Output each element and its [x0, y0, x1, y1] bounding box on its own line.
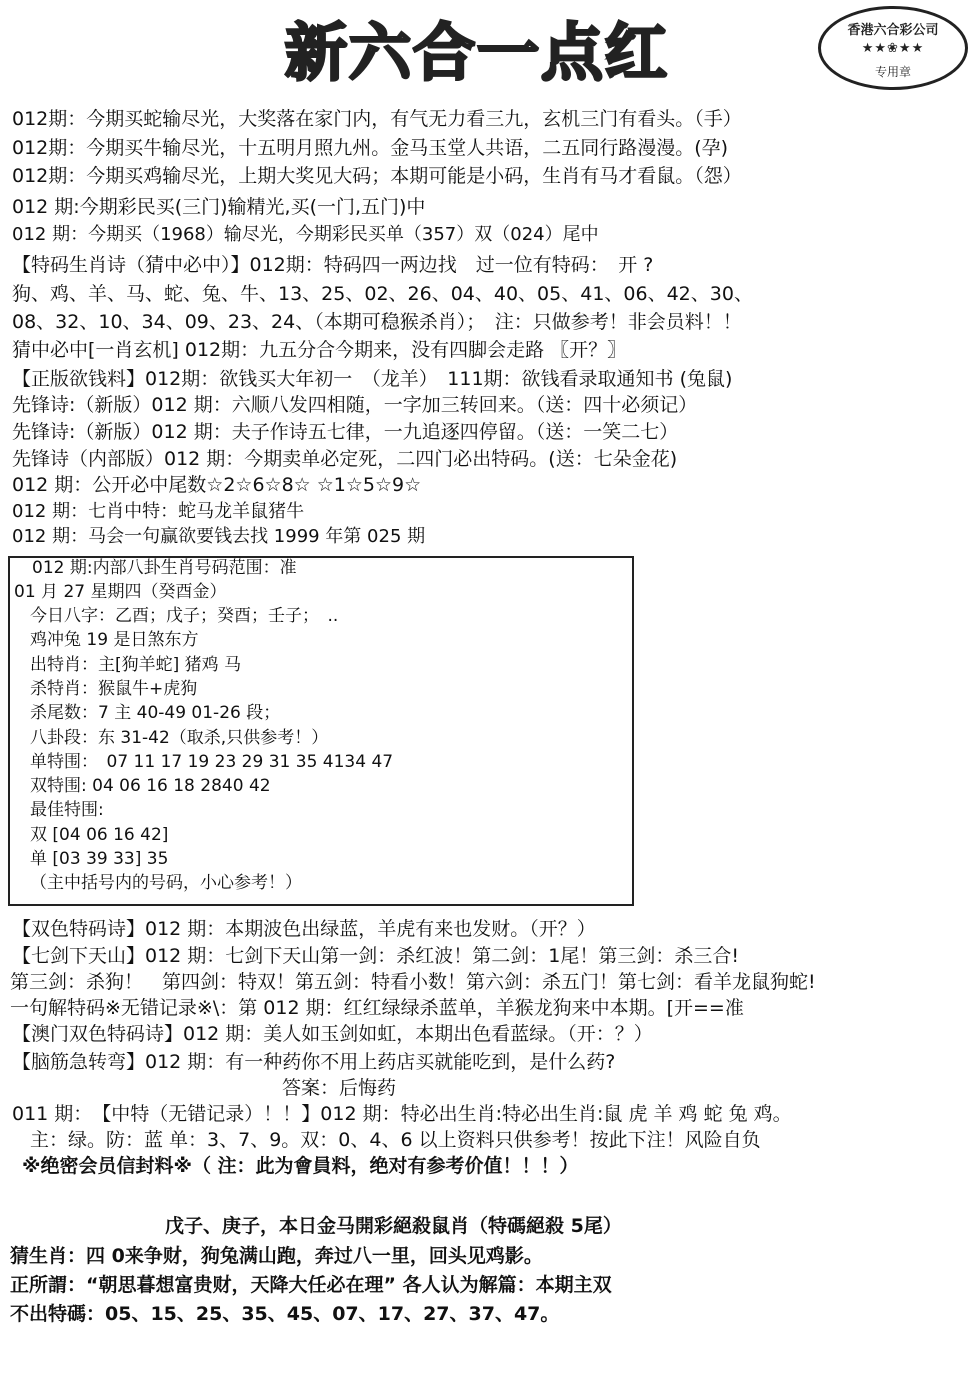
page-title: 新六合一点红 — [285, 18, 669, 88]
member-note: ※绝密会员信封料※（ 注：此为會員料，绝对有参考价值！！！） — [22, 1153, 579, 1179]
company-stamp: 香港六合彩公司 ★★❀★★ 专用章 — [818, 6, 968, 90]
text-line: 012 期:今期彩民买(三门)输精光,买(一门,五门)中 — [12, 194, 425, 220]
box-line: 杀特肖：猴鼠牛+虎狗 — [30, 677, 197, 701]
box-line: 鸡冲兔 19 是日煞东方 — [30, 628, 198, 652]
text-line: 012期：今期买牛输尽光，十五明月照九州。金马玉堂人共语，二五同行路漫漫。(孕) — [12, 135, 728, 161]
box-line: 单特围： 07 11 17 19 23 29 31 35 4134 47 — [30, 750, 393, 774]
text-line: 012 期：公开必中尾数☆2☆6☆8☆ ☆1☆5☆9☆ — [12, 472, 421, 498]
text-line: 一句解特码※无错记录※\：第 012 期：红红绿绿杀蓝单，羊猴龙狗来中本期。[开… — [10, 995, 744, 1021]
stamp-label: 专用章 — [821, 63, 965, 80]
text-line: 012 期：马会一句赢欲要钱去找 1999 年第 025 期 — [12, 524, 425, 550]
text-line: 【正版欲钱料】012期：欲钱买大年初一 （龙羊） 111期：欲钱看录取通知书 (… — [12, 366, 732, 392]
bagua-info-box: 012 期:内部八卦生肖号码范围：准 01 月 27 星期四（癸酉金） 今日八字… — [8, 556, 634, 906]
answer-line: 答案：后悔药 — [282, 1075, 396, 1101]
footer-no-special: 不出特碼：05、15、25、35、45、07、17、27、37、47。 — [10, 1301, 559, 1327]
text-line: 011 期： 【中特（无错记录）！！】012 期：特必出生肖:特必出生肖:鼠 虎… — [12, 1101, 792, 1127]
star-icon: ★★❀★★ — [821, 41, 965, 56]
box-line: （主中括号内的号码，小心参考！） — [30, 871, 302, 895]
stamp-arc-text: 香港六合彩公司 — [821, 19, 965, 38]
text-line: 012期：今期买鸡输尽光，上期大奖见大码；本期可能是小码，生肖有马才看鼠。（怨） — [12, 163, 742, 189]
text-line: 主：绿。防：蓝 单：3、7、9。双：0、4、6 以上资料只供参考！按此下注！风险… — [30, 1127, 761, 1153]
text-line: 【澳门双色特码诗】012 期：美人如玉剑如虹，本期出色看蓝绿。（开：？） — [12, 1021, 653, 1047]
text-line: 012 期：今期买（1968）输尽光，今期彩民买单（357）双（024）尾中 — [12, 222, 599, 248]
text-line: 08、32、10、34、09、23、24、（本期可稳猴杀肖）； 注：只做参考！非… — [12, 309, 742, 335]
text-line: 012期：今期买蛇输尽光，大奖落在家门内，有气无力看三九，玄机三门有看头。（手） — [12, 106, 742, 132]
box-line: 012 期:内部八卦生肖号码范围：准 — [32, 556, 297, 580]
text-line: 先锋诗:（新版）012 期：六顺八发四相随，一字加三转回来。（送：四十必须记） — [12, 392, 697, 418]
box-line: 杀尾数：7 主 40-49 01-26 段； — [30, 701, 280, 725]
text-line: 狗、鸡、羊、马、蛇、兔、牛、13、25、02、26、04、40、05、41、06… — [12, 281, 753, 307]
text-line: 【特码生肖诗（猜中必中）】012期：特码四一两边找 过一位有特码： 开 ? — [12, 252, 653, 278]
box-line: 八卦段：东 31-42（取杀,只供参考！） — [30, 726, 328, 750]
footer-guess: 猜生肖：四 0来争财，狗兔满山跑，奔过八一里，回头见鸡影。 — [10, 1243, 543, 1269]
box-line: 01 月 27 星期四（癸酉金） — [14, 580, 226, 604]
text-line: 【脑筋急转弯】012 期：有一种药你不用上药店买就能吃到，是什么药? — [12, 1049, 615, 1075]
footer-saying: 正所謂：“朝思暮想富贵财，天降大任必在理” 各人认为解篇：本期主双 — [10, 1272, 612, 1298]
text-line: 先锋诗:（新版）012 期：夫子作诗五七律，一九追逐四停留。（送：一笑二七） — [12, 419, 678, 445]
text-line: 【双色特码诗】012 期：本期波色出绿蓝，羊虎有来也发财。（开？） — [12, 916, 596, 942]
box-line: 最佳特围: — [30, 798, 104, 822]
text-line: 【七剑下天山】012 期：七剑下天山第一剑：杀红波！第二剑：1尾！第三剑：杀三合… — [12, 943, 739, 969]
footer-headline: 戊子、庚子，本日金马開彩絕殺鼠肖（特碼絕殺 5尾） — [165, 1213, 622, 1239]
text-line: 先锋诗（内部版）012 期：今期卖单必定死，二四门必出特码。(送：七朵金花) — [12, 446, 677, 472]
text-line: 第三剑：杀狗！ 第四剑：特双！第五剑：特看小数！第六剑：杀五门！第七剑：看羊龙鼠… — [10, 969, 816, 995]
text-line: 012 期：七肖中特：蛇马龙羊鼠猪牛 — [12, 499, 304, 525]
box-line: 出特肖：主[狗羊蛇] 猪鸡 马 — [30, 653, 241, 677]
box-line: 单 [03 39 33] 35 — [30, 847, 168, 871]
text-line: 猜中必中[一肖玄机] 012期：九五分合今期来，没有四脚会走路 〖开？〗 — [12, 337, 626, 363]
box-line: 今日八字：乙酉；戊子；癸酉；壬子； .. — [30, 604, 338, 628]
box-line: 双 [04 06 16 42] — [30, 823, 168, 847]
box-line: 双特围: 04 06 16 18 2840 42 — [30, 774, 271, 798]
